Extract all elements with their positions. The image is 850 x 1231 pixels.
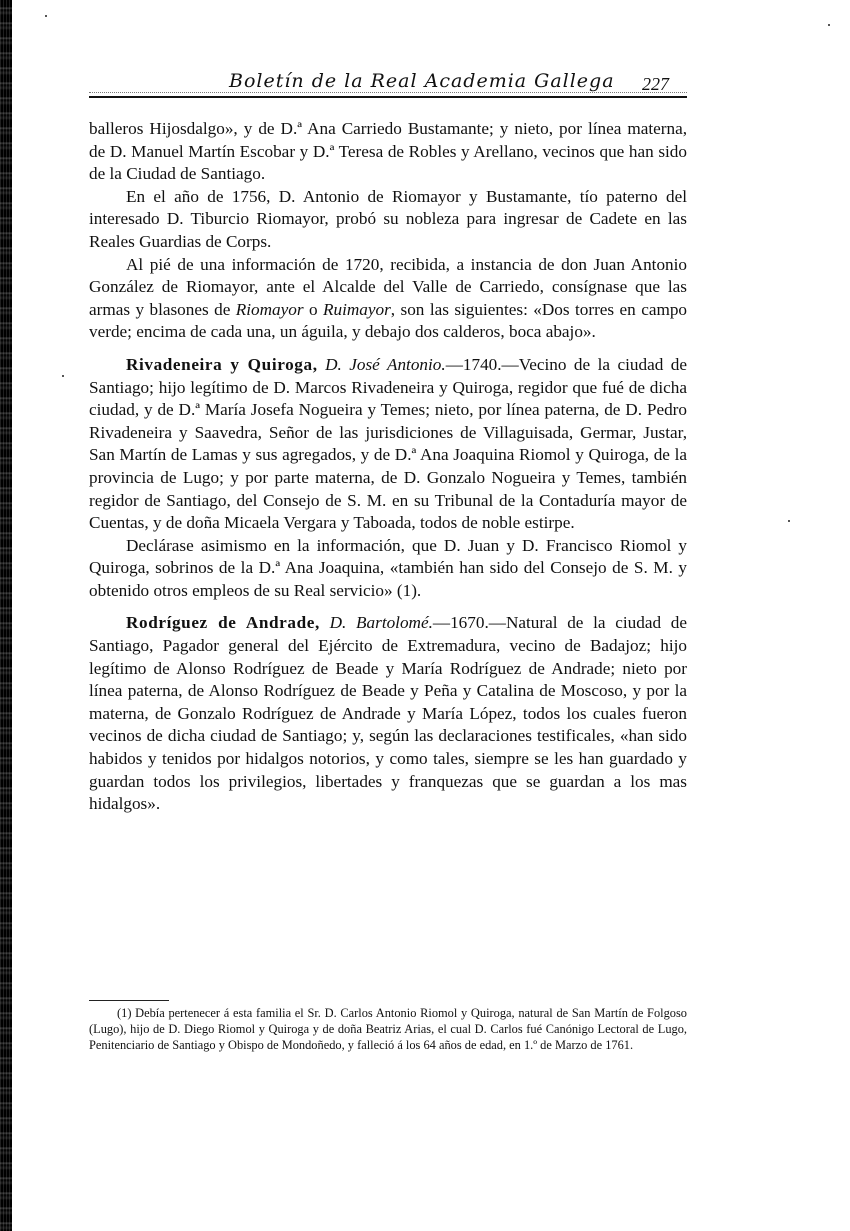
entry-given-name: D. Bartolomé. — [330, 613, 433, 632]
entry-surname: Rodríguez de Andrade, — [126, 613, 320, 632]
footnote: (1) Debía pertenecer á esta familia el S… — [89, 1005, 687, 1053]
paragraph-continuation: balleros Hijosdalgo», y de D.ª Ana Carri… — [89, 118, 687, 186]
scan-speck — [62, 375, 64, 377]
entry-rivadeneira-extra: Declárase asimismo en la información, qu… — [89, 535, 687, 603]
entry-text: Vecino de la ciudad de Santiago; hijo le… — [89, 355, 687, 532]
footnote-rule — [89, 1000, 169, 1001]
paragraph-armas: Al pié de una información de 1720, recib… — [89, 254, 687, 344]
page-header: Boletín de la Real Academia Gallega 227 — [89, 68, 687, 98]
entry-year: —1670.— — [433, 613, 506, 632]
book-binding-edge — [0, 0, 12, 1231]
running-title: Boletín de la Real Academia Gallega — [229, 70, 615, 92]
header-dotted-rule — [89, 92, 687, 94]
body-text: balleros Hijosdalgo», y de D.ª Ana Carri… — [89, 118, 687, 816]
entry-given-name: D. José Antonio. — [325, 355, 446, 374]
entry-text: Natural de la ciudad de Santiago, Pagado… — [89, 613, 687, 813]
footnote-text: (1) Debía pertenecer á esta familia el S… — [89, 1005, 687, 1053]
header-rule — [89, 96, 687, 98]
scan-speck — [828, 24, 830, 26]
paragraph-cadete: En el año de 1756, D. Antonio de Riomayo… — [89, 186, 687, 254]
entry-rivadeneira: Rivadeneira y Quiroga, D. José Antonio.—… — [89, 354, 687, 535]
entry-rodriguez: Rodríguez de Andrade, D. Bartolomé.—1670… — [89, 612, 687, 815]
entry-year: —1740.— — [446, 355, 519, 374]
entry-surname: Rivadeneira y Quiroga, — [126, 355, 318, 374]
surname-italic: Riomayor — [236, 300, 304, 319]
surname-italic: Ruimayor — [323, 300, 391, 319]
text-segment: o — [304, 300, 323, 319]
scan-speck — [45, 15, 47, 17]
scan-speck — [788, 520, 790, 522]
